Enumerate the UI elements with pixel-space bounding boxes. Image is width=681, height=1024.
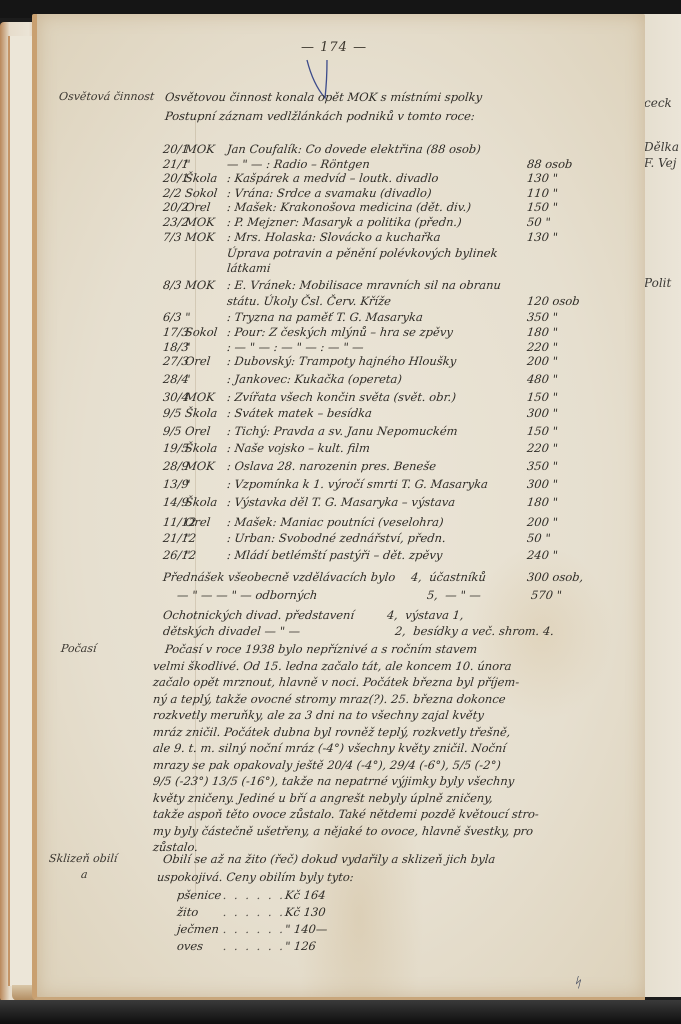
weather-line: květy zničeny. Jediné u bří a angrešt ne… <box>152 791 493 805</box>
summary-row: dětských divadel — " — <box>162 624 301 638</box>
event-description: : Tryzna na paměť T. G. Masaryka <box>226 310 423 324</box>
event-description: : Zvířata všech končin světa (svět. obr.… <box>226 390 456 404</box>
event-row: 20/1Škola: Kašpárek a medvíd – loutk. di… <box>162 171 439 185</box>
weather-line: mráz zničil. Počátek dubna byl rovněž te… <box>152 725 511 739</box>
event-date: 23/2 <box>162 215 185 229</box>
event-date: 9/5 <box>162 406 185 420</box>
event-row: 11/12Orel: Mašek: Maniac poutníci (vesel… <box>162 515 444 529</box>
event-organizer: Sokol <box>184 325 227 339</box>
event-attendance: 180 " <box>526 325 558 339</box>
event-description: : Naše vojsko – kult. film <box>226 441 370 455</box>
event-attendance: 220 " <box>526 441 558 455</box>
event-organizer: Škola <box>184 171 227 185</box>
leader-dots: . . . . . . <box>222 939 286 953</box>
event-date: 21/1 <box>162 157 185 171</box>
event-description: : — " — : — " — : — " — <box>226 340 364 354</box>
event-organizer: " <box>184 531 227 545</box>
event-organizer: MOK <box>184 459 227 473</box>
summary-amount: 300 osob, <box>526 570 584 584</box>
event-organizer: " <box>184 548 227 562</box>
event-attendance: 180 " <box>526 495 558 509</box>
event-row: 20/2Orel: Mašek: Krakonošova medicina (d… <box>162 200 472 214</box>
event-row: 9/5Orel: Tichý: Pravda a sv. Janu Nepomu… <box>162 424 458 438</box>
event-attendance: 200 " <box>526 354 558 368</box>
event-organizer: Sokol <box>184 186 227 200</box>
margin-label-sklizen-2: a <box>80 868 88 882</box>
event-attendance: 150 " <box>526 390 558 404</box>
harvest-line: uspokojivá. Ceny obilím byly tyto: <box>156 870 354 884</box>
intro-line: Osvětovou činnost konala opět MOK s míst… <box>164 90 483 104</box>
event-attendance: 88 osob <box>526 157 573 171</box>
event-row: státu. Úkoly Čsl. Červ. Kříže <box>226 294 391 308</box>
event-row: 9/5Škola: Svátek matek – besídka <box>162 406 372 420</box>
event-row: 30/4MOK: Zvířata všech končin světa (svě… <box>162 390 456 404</box>
event-attendance: 50 " <box>526 531 551 545</box>
event-attendance: 480 " <box>526 372 558 386</box>
event-organizer: " <box>184 310 227 324</box>
summary-row: — " — — " — odborných <box>176 588 318 602</box>
event-description: : Výstavka děl T. G. Masaryka – výstava <box>226 495 456 509</box>
event-row: 17/3Sokol: Pour: Z českých mlýnů – hra s… <box>162 325 453 339</box>
event-row: 26/12": Mládí betlémští pastýři – dět. z… <box>162 548 443 562</box>
summary-row: Přednášek všeobecně vzdělávacích bylo <box>162 570 396 584</box>
weather-line: ný a teplý, takže ovocné stromy mraz(?).… <box>152 692 506 706</box>
event-date: 28/9 <box>162 459 185 473</box>
grain-name: žito <box>176 905 199 919</box>
event-attendance: 200 " <box>526 515 558 529</box>
adjacent-fragment: Dělka <box>644 140 679 154</box>
event-date: 26/12 <box>162 548 185 562</box>
event-attendance: 350 " <box>526 459 558 473</box>
event-row: 28/9MOK: Oslava 28. narozenin pres. Bene… <box>162 459 437 473</box>
event-row: 13/9": Vzpomínka k 1. výročí smrti T. G.… <box>162 477 488 491</box>
event-description: : Jankovec: Kukačka (opereta) <box>226 372 402 386</box>
event-attendance: 220 " <box>526 340 558 354</box>
event-attendance: 300 " <box>526 406 558 420</box>
adjacent-fragment: F. Vej <box>644 156 676 170</box>
event-organizer: " <box>184 477 227 491</box>
event-description: Jan Coufalík: Co dovede elektřina (88 os… <box>226 142 481 156</box>
weather-line: Počasí v roce 1938 bylo nepříznivé a s r… <box>164 642 478 656</box>
event-date: 7/3 <box>162 230 185 244</box>
event-description: : E. Vránek: Mobilisace mravních sil na … <box>226 278 501 292</box>
leader-dots: . . . . . . <box>222 905 286 919</box>
summary-amount: 570 " <box>530 588 562 602</box>
event-organizer: MOK <box>184 390 227 404</box>
event-organizer: Orel <box>184 515 227 529</box>
weather-line: 9/5 (-23°) 13/5 (-16°), takže na nepatrn… <box>152 774 515 788</box>
event-row: 19/5Škola: Naše vojsko – kult. film <box>162 441 370 455</box>
event-organizer: Orel <box>184 424 227 438</box>
event-attendance: 50 " <box>526 215 551 229</box>
margin-label-osvetova: Osvětová činnost <box>58 90 155 104</box>
event-date: 30/4 <box>162 390 185 404</box>
event-row: látkami <box>226 261 271 275</box>
event-date: 21/12 <box>162 531 185 545</box>
event-organizer: MOK <box>184 215 227 229</box>
leader-dots: . . . . . . <box>222 888 286 902</box>
event-organizer: MOK <box>184 278 227 292</box>
event-description: látkami <box>226 261 271 275</box>
grain-name: ječmen <box>176 922 219 936</box>
event-date: 11/12 <box>162 515 185 529</box>
event-date: 28/4 <box>162 372 185 386</box>
event-organizer: Škola <box>184 441 227 455</box>
event-row: 2/2Sokol: Vrána: Srdce a svamaku (divadl… <box>162 186 432 200</box>
event-date: 17/3 <box>162 325 185 339</box>
intro-line: Postupní záznam vedlžlánkách podniků v t… <box>164 109 475 123</box>
event-date: 20/1 <box>162 171 185 185</box>
summary-count: 4, účastníků <box>410 570 486 584</box>
event-description: : Mládí betlémští pastýři – dět. zpěvy <box>226 548 443 562</box>
event-description: : P. Mejzner: Masaryk a politika (předn.… <box>226 215 462 229</box>
grain-price: " 126 <box>284 939 316 953</box>
weather-line: velmi škodlivé. Od 15. ledna začalo tát,… <box>152 659 512 673</box>
grain-price: Kč 164 <box>284 888 326 902</box>
grain-name: oves <box>176 939 204 953</box>
event-organizer: Škola <box>184 495 227 509</box>
ink-mark-icon: ᛋ <box>573 975 581 991</box>
event-date: 27/3 <box>162 354 185 368</box>
event-description: Úprava potravin a pěnění polévkových byl… <box>226 246 498 260</box>
event-description: : Vrána: Srdce a svamaku (divadlo) <box>226 186 432 200</box>
event-attendance: 150 " <box>526 424 558 438</box>
event-description: : Tichý: Pravda a sv. Janu Nepomuckém <box>226 424 458 438</box>
event-row: 27/3Orel: Dubovský: Trampoty hajného Hlo… <box>162 354 457 368</box>
event-row: 18/3": — " — : — " — : — " — <box>162 340 364 354</box>
event-attendance: 300 " <box>526 477 558 491</box>
event-description: : Mašek: Maniac poutníci (veselohra) <box>226 515 444 529</box>
adjacent-fragment: ceck <box>644 96 672 110</box>
event-description: : Urban: Svobodné zednářství, předn. <box>226 531 446 545</box>
event-description: : Vzpomínka k 1. výročí smrti T. G. Masa… <box>226 477 488 491</box>
event-description: : Mrs. Holaska: Slovácko a kuchařka <box>226 230 441 244</box>
event-organizer: Orel <box>184 354 227 368</box>
event-description: státu. Úkoly Čsl. Červ. Kříže <box>226 294 391 308</box>
summary-row: Ochotnických divad. představení <box>162 608 355 622</box>
event-description: — " — : Radio – Röntgen <box>226 157 370 171</box>
ledger-page: — 174 — Osvětová činnost Osvětovou činno… <box>32 14 645 1001</box>
event-date: 14/9 <box>162 495 185 509</box>
event-organizer: MOK <box>184 230 227 244</box>
background-bottom <box>0 1000 681 1024</box>
event-row: 20/1MOKJan Coufalík: Co dovede elektřina… <box>162 142 481 156</box>
event-date: 2/2 <box>162 186 185 200</box>
summary-count: 4, výstava 1, <box>386 608 464 622</box>
event-row: 21/12": Urban: Svobodné zednářství, před… <box>162 531 446 545</box>
event-date: 6/3 <box>162 310 185 324</box>
event-description: : Dubovský: Trampoty hajného Hloušky <box>226 354 457 368</box>
event-description: : Svátek matek – besídka <box>226 406 372 420</box>
weather-line: my byly částečně ušetřeny, a nějaké to o… <box>152 824 534 838</box>
event-description: : Kašpárek a medvíd – loutk. divadlo <box>226 171 439 185</box>
event-attendance: 350 " <box>526 310 558 324</box>
grain-name: pšenice <box>176 888 222 902</box>
event-date: 13/9 <box>162 477 185 491</box>
event-row: 23/2MOK: P. Mejzner: Masaryk a politika … <box>162 215 462 229</box>
event-attendance: 110 " <box>526 186 558 200</box>
adjacent-fragment: Polit <box>644 276 671 290</box>
harvest-line: Obilí se až na žito (řeč) dokud vydařily… <box>162 852 496 866</box>
event-date: 9/5 <box>162 424 185 438</box>
weather-line: ale 9. t. m. silný noční mráz (-4°) všec… <box>152 741 507 755</box>
event-organizer: " <box>184 157 227 171</box>
weather-line: rozkvetly meruňky, ale za 3 dni na to vš… <box>152 708 484 722</box>
event-attendance: 130 " <box>526 230 558 244</box>
event-row: 21/1"— " — : Radio – Röntgen <box>162 157 370 171</box>
event-row: 28/4": Jankovec: Kukačka (opereta) <box>162 372 402 386</box>
event-date: 19/5 <box>162 441 185 455</box>
event-organizer: " <box>184 372 227 386</box>
event-attendance: 120 osob <box>526 294 580 308</box>
event-attendance: 240 " <box>526 548 558 562</box>
event-description: : Oslava 28. narozenin pres. Beneše <box>226 459 437 473</box>
event-date: 8/3 <box>162 278 185 292</box>
leader-dots: . . . . . . <box>222 922 286 936</box>
weather-line: začalo opět mrznout, hlavně v noci. Počá… <box>152 675 520 689</box>
event-attendance: 150 " <box>526 200 558 214</box>
event-row: Úprava potravin a pěnění polévkových byl… <box>226 246 498 260</box>
event-description: : Pour: Z českých mlýnů – hra se zpěvy <box>226 325 453 339</box>
grain-price: " 140— <box>284 922 328 936</box>
margin-label-pocasi: Počasí <box>60 642 97 656</box>
event-row: 8/3MOK: E. Vránek: Mobilisace mravních s… <box>162 278 501 292</box>
margin-label-sklizen: Sklizeň obilí <box>48 852 118 866</box>
grain-price: Kč 130 <box>284 905 326 919</box>
event-row: 14/9Škola: Výstavka děl T. G. Masaryka –… <box>162 495 456 509</box>
event-organizer: Škola <box>184 406 227 420</box>
page-number: — 174 — <box>301 40 367 55</box>
event-row: 6/3": Tryzna na paměť T. G. Masaryka <box>162 310 423 324</box>
event-organizer: " <box>184 340 227 354</box>
event-date: 20/2 <box>162 200 185 214</box>
event-row: 7/3MOK: Mrs. Holaska: Slovácko a kuchařk… <box>162 230 441 244</box>
weather-line: mrazy se pak opakovaly ještě 20/4 (-4°),… <box>152 758 501 772</box>
event-description: : Mašek: Krakonošova medicina (dět. div.… <box>226 200 472 214</box>
event-attendance: 130 " <box>526 171 558 185</box>
summary-count: 5, — " — <box>426 588 481 602</box>
event-organizer: Orel <box>184 200 227 214</box>
event-date: 20/1 <box>162 142 185 156</box>
event-date: 18/3 <box>162 340 185 354</box>
event-organizer: MOK <box>184 142 227 156</box>
summary-count: 2, besídky a več. shrom. 4. <box>394 624 554 638</box>
weather-line: takže aspoň těto ovoce zůstalo. Také nět… <box>152 807 539 821</box>
